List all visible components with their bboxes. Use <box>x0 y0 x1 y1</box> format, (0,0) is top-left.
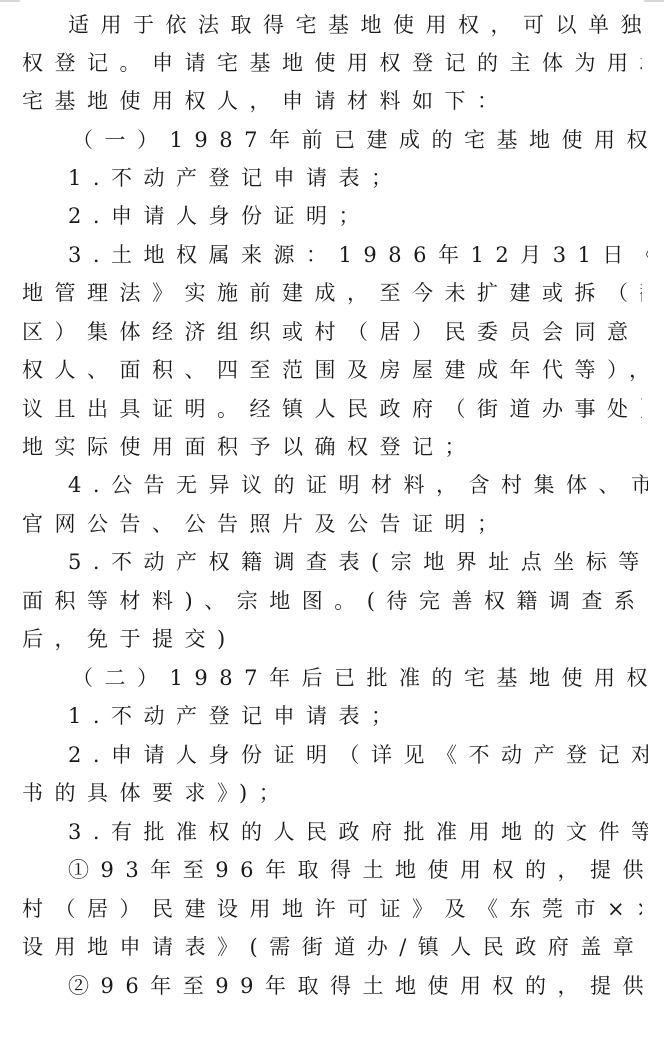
paragraph-intro-line-1: 适用于依法取得宅基地使用权，可以单独申请宅基地使用 <box>68 6 648 44</box>
section-1-item-5-line-2: 面积等材料)、宗地图。(待完善权籍调查系统，实现信息共享 <box>22 582 642 620</box>
section-1-item-2: 2.申请人身份证明； <box>68 197 648 235</box>
section-1-item-3-line-1: 3.土地权属来源：1986年12月31日《中华人民共和国土 <box>68 236 648 274</box>
section-1-item-3-line-2: 地管理法》实施前建成，至今未扩建或拆（翻）建的，经村（社 <box>22 274 642 312</box>
section-heading-1: （一）1987年前已建成的宅基地使用权首次登记 <box>72 121 652 159</box>
page-corner-mark-left <box>0 0 20 2</box>
section-1-item-3-line-6: 地实际使用面积予以确权登记； <box>22 428 642 466</box>
section-2-item-3-sub-1-line-2: 村（居）民建设用地许可证》及《东莞市××镇、村（居）民建 <box>22 890 642 928</box>
page-corner-mark-right <box>644 0 664 2</box>
section-1-item-5-line-3: 后，免于提交) <box>22 620 642 658</box>
section-2-item-1: 1.不动产登记申请表； <box>68 697 648 735</box>
section-1-item-3-line-5: 议且出具证明。经镇人民政府（街道办事处）审核后，按宅基 <box>22 390 642 428</box>
paragraph-intro-line-2: 权登记。申请宅基地使用权登记的主体为用地批准文件记载的 <box>22 44 642 82</box>
section-2-item-3-sub-2-line-1: ②96年至99年取得土地使用权的，提供《建设用地批准 <box>68 967 648 1005</box>
section-1-item-3-line-3: 区）集体经济组织或村（居）民委员会同意（确认宅基地使用 <box>22 313 642 351</box>
section-heading-2: （二）1987年后已批准的宅基地使用权首次登记 <box>72 659 652 697</box>
section-1-item-1: 1.不动产登记申请表； <box>68 159 648 197</box>
section-2-item-2-line-2: 书的具体要求》)； <box>22 774 642 812</box>
section-2-item-3-sub-1-line-1: ①93年至96年取得土地使用权的，提供《东莞市××镇、 <box>68 851 648 889</box>
section-1-item-3-line-4: 权人、面积、四至范围及房屋建成年代等），并公示30日无异 <box>22 351 642 389</box>
section-2-item-3: 3.有批准权的人民政府批准用地的文件等权属来源材料： <box>68 813 648 851</box>
section-1-item-4-line-1: 4.公告无异议的证明材料，含村集体、市不动产登记机构 <box>68 466 648 504</box>
section-1-item-5-line-1: 5.不动产权籍调查表(宗地界址点坐标等有关不动产界址、 <box>68 543 648 581</box>
section-2-item-3-sub-1-line-3: 设用地申请表》(需街道办/镇人民政府盖章确认有效)； <box>22 928 642 966</box>
section-2-item-2-line-1: 2.申请人身份证明（详见《不动产登记对身份证明、委托 <box>68 736 648 774</box>
section-1-item-4-line-2: 官网公告、公告照片及公告证明； <box>22 505 642 543</box>
paragraph-intro-line-3: 宅基地使用权人，申请材料如下： <box>22 82 642 120</box>
